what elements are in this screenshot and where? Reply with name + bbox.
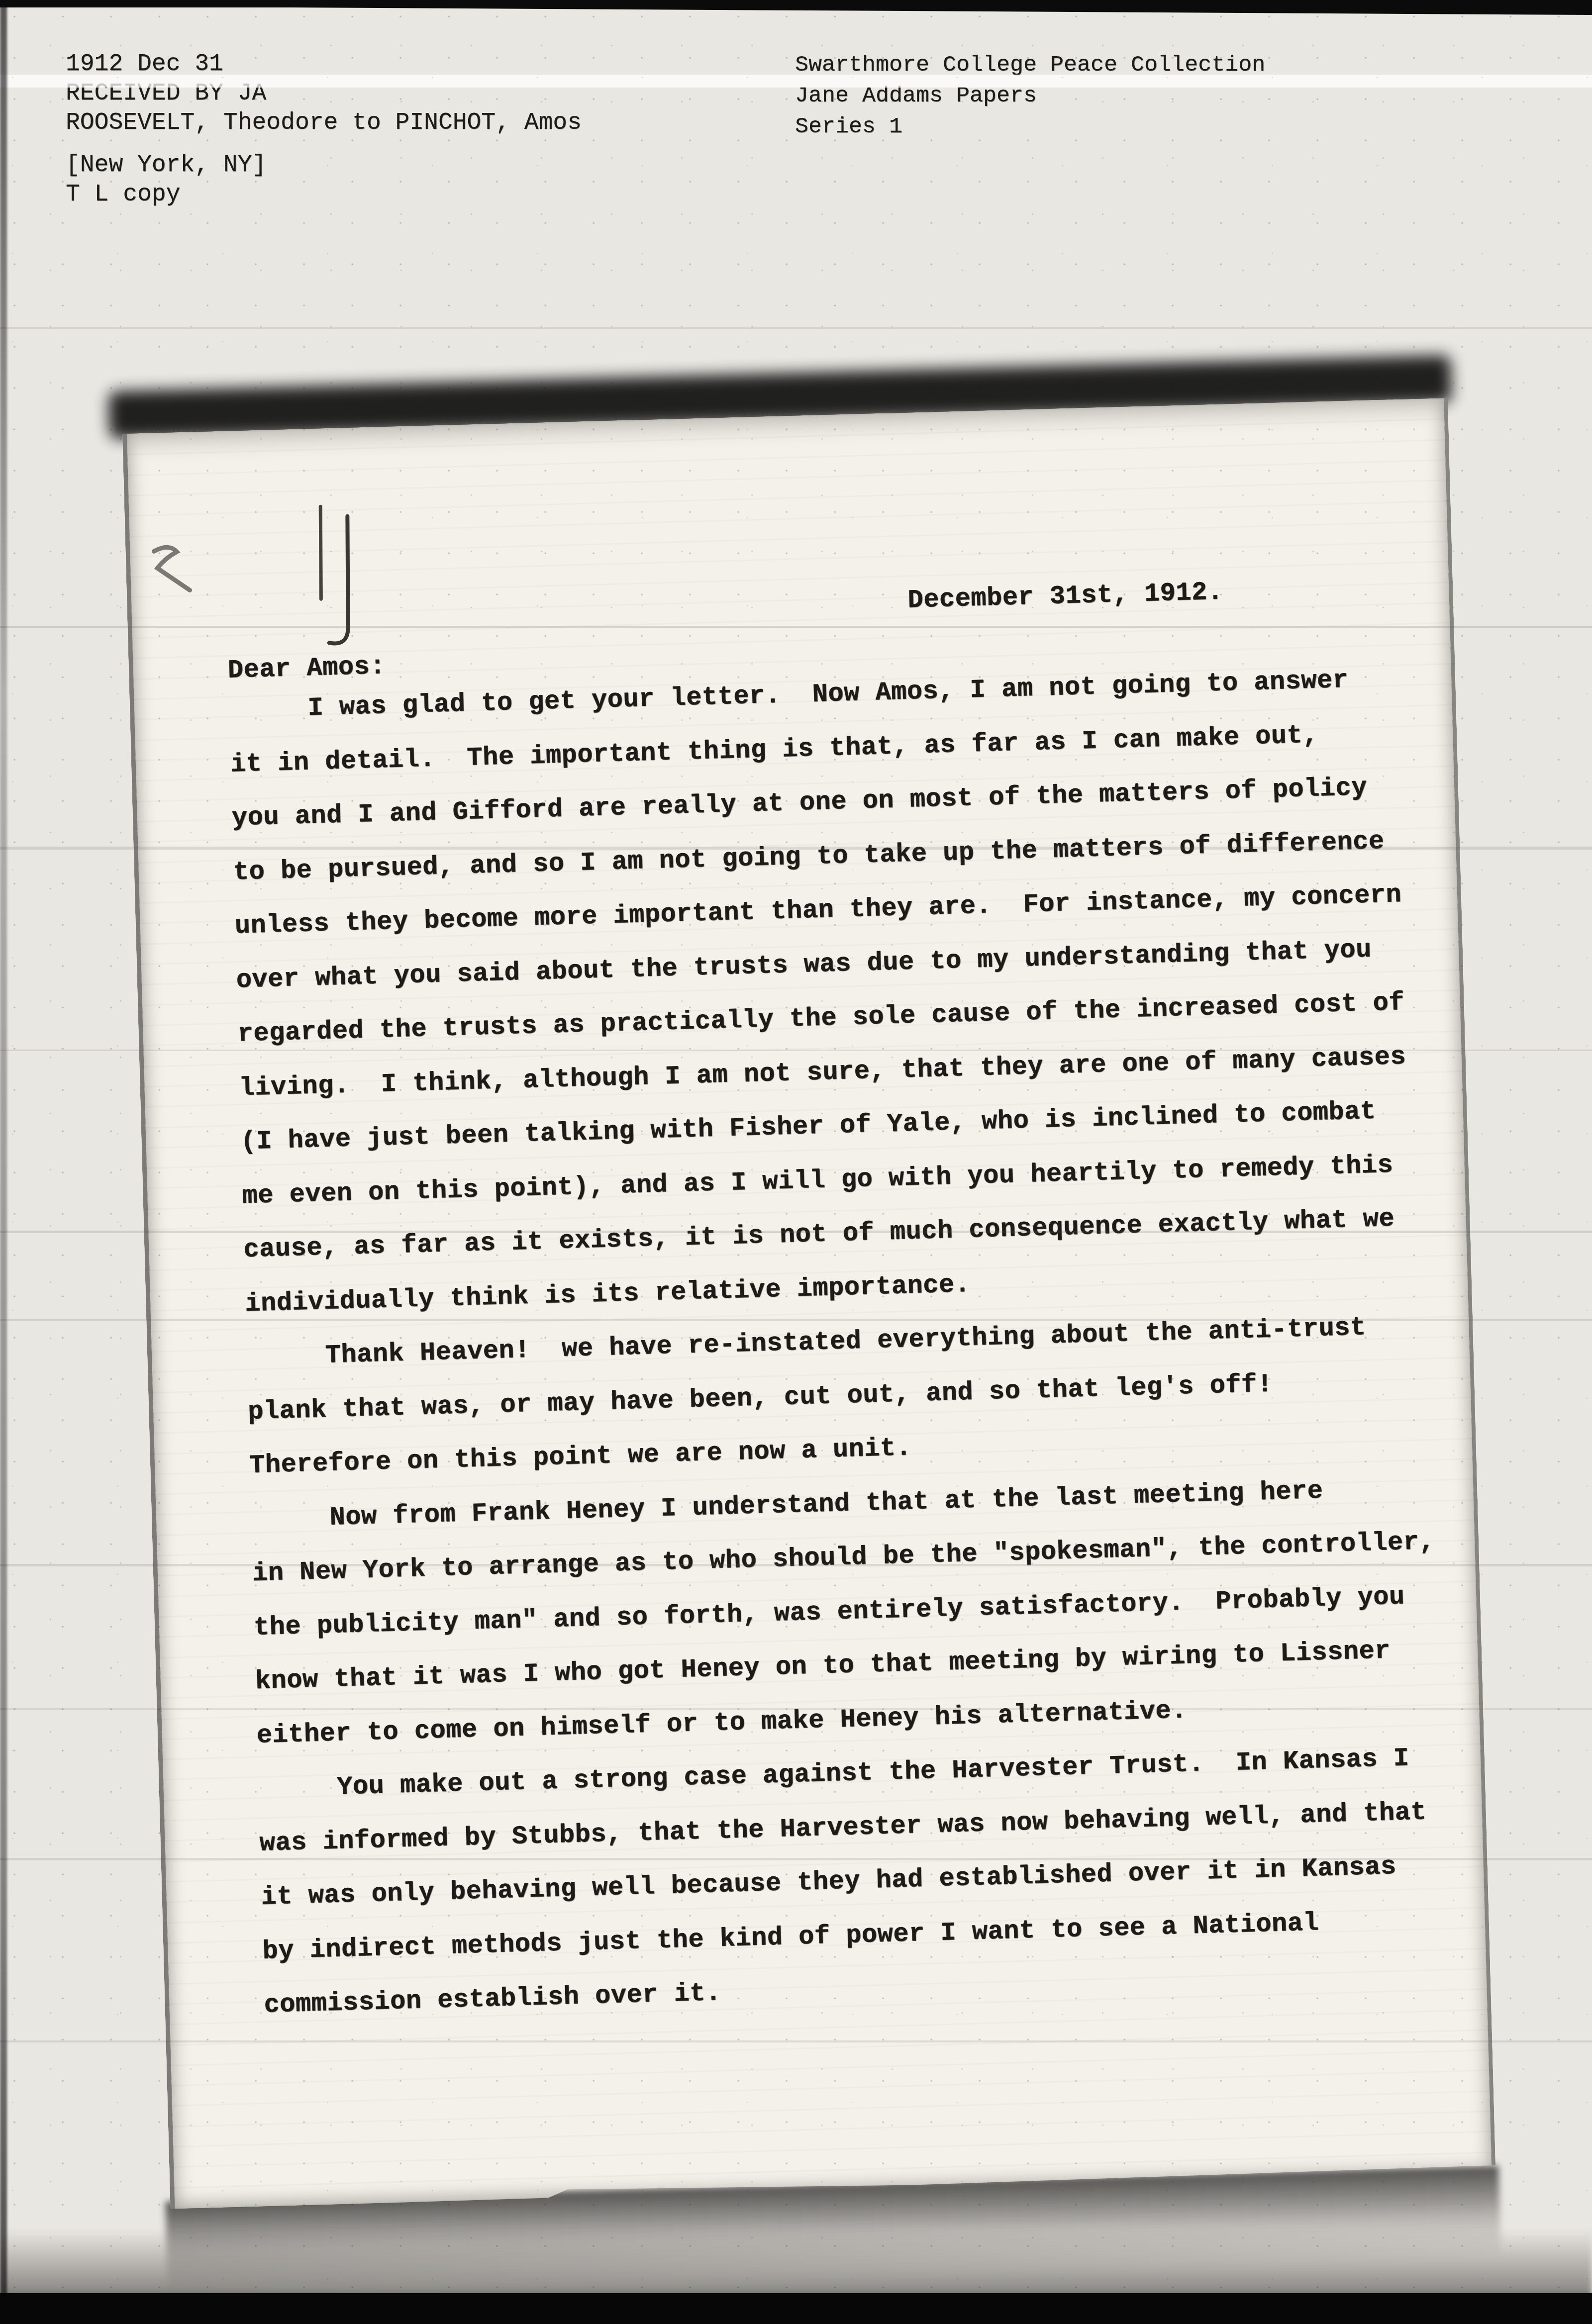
collection-line: Series 1 [795, 111, 1265, 142]
collection-line: Jane Addams Papers [795, 81, 1265, 111]
collection-attribution: Swarthmore College Peace CollectionJane … [795, 50, 1265, 142]
letter-date: December 31st, 1912. [907, 577, 1223, 615]
letter-scan: December 31st, 1912. Dear Amos: I was gl… [122, 398, 1496, 2209]
letter-page: December 31st, 1912. Dear Amos: I was gl… [122, 398, 1496, 2209]
archive-stamp-line: ROOSEVELT, Theodore to PINCHOT, Amos [66, 108, 582, 138]
scan-edge-bottom [0, 2293, 1592, 2324]
archive-catalog-stamp: 1912 Dec 31RECEIVED BY JAROOSEVELT, Theo… [66, 50, 582, 209]
scan-edge-top-right [259, 0, 1592, 15]
archive-stamp-line: 1912 Dec 31 [66, 50, 582, 79]
archive-stamp-line: RECEIVED BY JA [66, 79, 582, 108]
scan-edge-left [0, 0, 7, 2324]
archive-stamp-line: [New York, NY] [66, 151, 582, 180]
scanned-document-canvas: 1912 Dec 31RECEIVED BY JAROOSEVELT, Theo… [0, 0, 1592, 2324]
archive-stamp-line: T L copy [66, 180, 582, 209]
paperclip-mark [313, 501, 379, 661]
letter-body: I was glad to get your letter. Now Amos,… [228, 651, 1468, 2033]
scan-streak [0, 327, 1592, 329]
pencil-scribble-mark [144, 531, 221, 602]
collection-line: Swarthmore College Peace Collection [795, 50, 1265, 81]
